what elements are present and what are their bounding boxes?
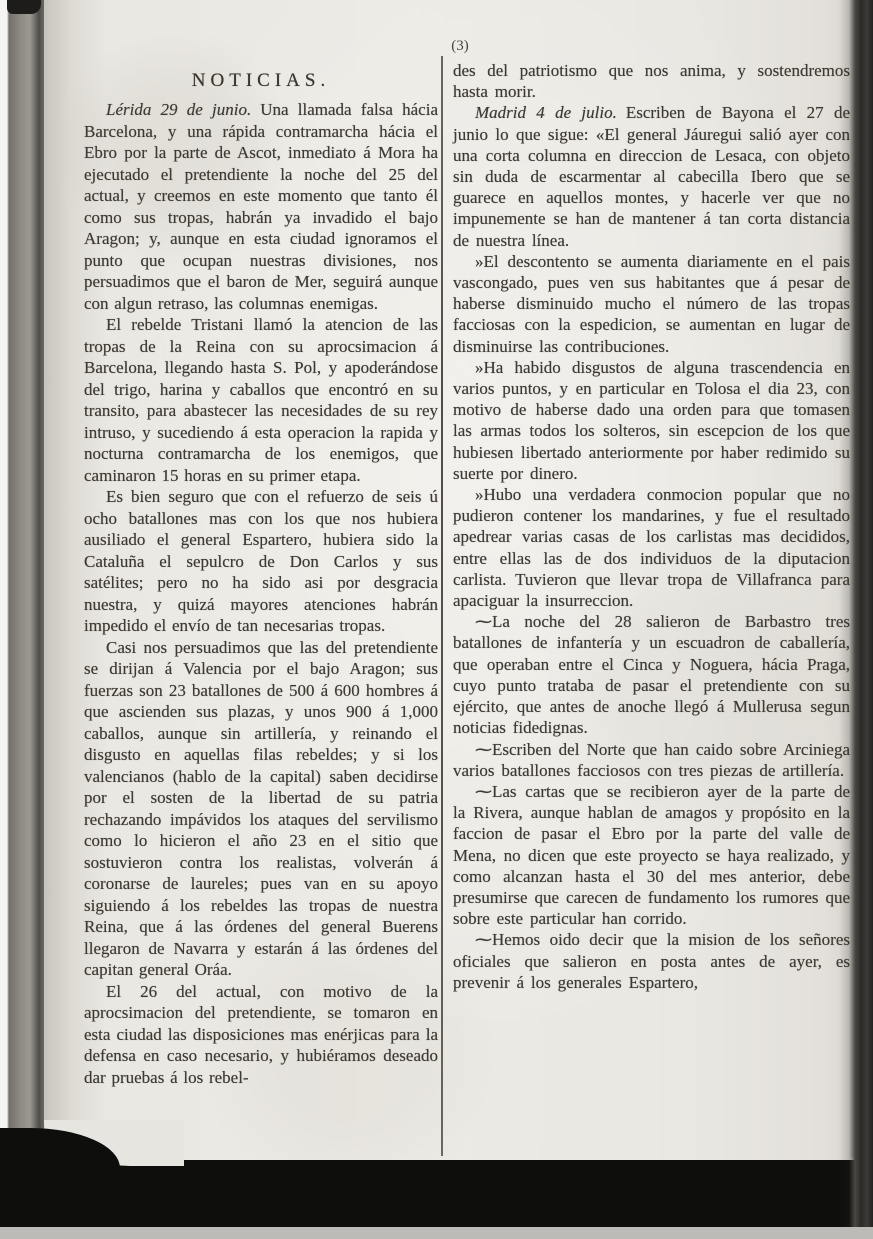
paragraph: ⁓La noche del 28 salieron de Barbastro t…	[453, 611, 850, 738]
paragraph-text: El rebelde Tristani llamó la atencion de…	[84, 315, 438, 485]
paragraph-text: ⁓Hemos oido decir que la mision de los s…	[453, 930, 850, 991]
paragraph-text: Una llamada falsa hácia Barcelona, y una…	[84, 100, 438, 313]
paragraph: El rebelde Tristani llamó la atencion de…	[84, 314, 438, 486]
right-column: des del patriotismo que nos anima, y sos…	[453, 60, 850, 993]
scanned-newspaper-page: (3) NOTICIAS. Lérida 29 de junio.Una lla…	[0, 0, 873, 1239]
paragraph-text: Es bien seguro que con el refuerzo de se…	[84, 487, 438, 635]
paragraph-text: Escriben de Bayona el 27 de junio lo que…	[453, 103, 850, 249]
scanner-background	[0, 1160, 873, 1228]
paragraph-text: ⁓Las cartas que se recibieron ayer de la…	[453, 782, 850, 928]
dateline: Madrid 4 de julio.	[475, 103, 617, 122]
page-number: (3)	[425, 38, 495, 55]
paragraph-text: »El descontento se aumenta diariamente e…	[453, 252, 850, 356]
paragraph-text: »Ha habido disgustos de alguna trascende…	[453, 358, 850, 483]
paragraph: ⁓Escriben del Norte que han caido sobre …	[453, 739, 850, 781]
paragraph-text: des del patriotismo que nos anima, y sos…	[453, 61, 850, 101]
paragraph: ⁓Las cartas que se recibieron ayer de la…	[453, 781, 850, 929]
paragraph: »El descontento se aumenta diariamente e…	[453, 251, 850, 357]
paragraph: »Ha habido disgustos de alguna trascende…	[453, 357, 850, 484]
paragraph-text: »Hubo una verdadera conmocion popular qu…	[453, 485, 850, 610]
dateline: Lérida 29 de junio.	[106, 100, 251, 119]
paragraph: Madrid 4 de julio.Escriben de Bayona el …	[453, 102, 850, 250]
paragraph: »Hubo una verdadera conmocion popular qu…	[453, 484, 850, 611]
paragraph: Casi nos persuadimos que las del pretend…	[84, 637, 438, 981]
paragraph-text: ⁓Escriben del Norte que han caido sobre …	[453, 740, 850, 780]
paragraph-text: Casi nos persuadimos que las del pretend…	[84, 638, 438, 980]
paragraph-text: El 26 del actual, con motivo de la aproc…	[84, 982, 438, 1087]
column-divider-rule	[441, 56, 443, 1156]
spine-top-cap	[7, 0, 41, 14]
paragraph: des del patriotismo que nos anima, y sos…	[453, 60, 850, 102]
section-title: NOTICIAS.	[84, 70, 438, 92]
paragraph-text: ⁓La noche del 28 salieron de Barbastro t…	[453, 612, 850, 737]
paragraph: Lérida 29 de junio.Una llamada falsa hác…	[84, 99, 438, 314]
paragraph: ⁓Hemos oido decir que la mision de los s…	[453, 929, 850, 993]
paragraph: Es bien seguro que con el refuerzo de se…	[84, 486, 438, 637]
left-column: Lérida 29 de junio.Una llamada falsa hác…	[84, 99, 438, 1088]
scanner-bottom-strip	[0, 1227, 873, 1239]
paragraph: El 26 del actual, con motivo de la aproc…	[84, 981, 438, 1089]
page-right-edge-shadow	[839, 0, 873, 1227]
